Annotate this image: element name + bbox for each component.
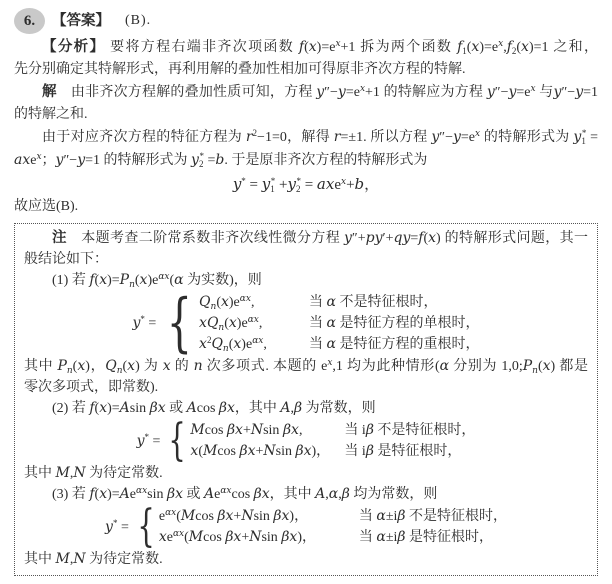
note-intro-line-1: 注 本题考查二阶常系数非齐次线性微分方程 y″+py′+qy=f(x) 的特解形… bbox=[24, 228, 588, 249]
case1-row2-condition: 当 α 是特征方程的单根时， bbox=[309, 313, 479, 334]
case2-row2-condition: 当 iβ 是特征根时， bbox=[344, 441, 461, 462]
solution-line-1: 解 由非齐次方程解的叠加性质可知，方程 y″−y=ex+1 的特解应为方程 y″… bbox=[14, 81, 598, 104]
case3-row: eαx(Mcos βx+Nsin βx)， 当 α±iβ 不是特征根时， bbox=[159, 506, 507, 527]
case3-row: xeαx(Mcos βx+Nsin βx)， 当 α±iβ 是特征根时， bbox=[159, 527, 507, 548]
note-intro-line-2: 般结论如下： bbox=[24, 249, 588, 270]
answer-value: (B). bbox=[125, 10, 151, 32]
analysis-line-1: 【分析】 要将方程右端非齐次项函数 f(x)=ex+1 拆为两个函数 f1(x)… bbox=[14, 36, 598, 59]
case2-lhs: y* = bbox=[137, 431, 161, 452]
case1-row3-condition: 当 α 是特征方程的重根时， bbox=[309, 334, 479, 355]
case2-heading: (2) 若 f(x)=Asin βx 或 Acos βx，其中 A,β 为常数，… bbox=[24, 398, 588, 419]
question-number-badge: 6. bbox=[14, 8, 45, 34]
case1-row3-formula: x2Qn(x)eαx, bbox=[199, 334, 309, 355]
case3-footer: 其中 M,N 为待定常数. bbox=[24, 549, 588, 570]
note-box: 注 本题考查二阶常系数非齐次线性微分方程 y″+py′+qy=f(x) 的特解形… bbox=[14, 223, 598, 576]
case1-row: xQn(x)eαx, 当 α 是特征方程的单根时， bbox=[199, 313, 479, 334]
case3-piecewise-formula: y* = { eαx(Mcos βx+Nsin βx)， 当 α±iβ 不是特征… bbox=[24, 506, 588, 548]
solution-line-4: axex；y″−y=1 的特解形式为 y2* =b. 于是原非齐次方程的特解形式… bbox=[14, 149, 598, 172]
case3-branches: eαx(Mcos βx+Nsin βx)， 当 α±iβ 不是特征根时， xeα… bbox=[159, 506, 507, 548]
case3-row1-formula: eαx(Mcos βx+Nsin βx)， bbox=[159, 506, 359, 527]
analysis-line-2: 先分别确定其特解形式，再利用解的叠加性相加可得原非齐次方程的特解. bbox=[14, 59, 598, 81]
case1-row: x2Qn(x)eαx, 当 α 是特征方程的重根时， bbox=[199, 334, 479, 355]
case1-lhs: y* = bbox=[132, 313, 156, 334]
case2-piecewise-formula: y* = { Mcos βx+Nsin βx, 当 iβ 不是特征根时， x(M… bbox=[24, 420, 588, 462]
case2-row2-formula: x(Mcos βx+Nsin βx)， bbox=[190, 441, 344, 462]
case1-row2-formula: xQn(x)eαx, bbox=[199, 313, 309, 334]
case2-row1-condition: 当 iβ 不是特征根时， bbox=[344, 420, 475, 441]
case3-row2-condition: 当 α±iβ 是特征根时， bbox=[359, 527, 493, 548]
case2-row: Mcos βx+Nsin βx, 当 iβ 不是特征根时， bbox=[190, 420, 475, 441]
question-number: 6. bbox=[24, 10, 35, 32]
math-solution-page: 6. 【答案】 (B). 【分析】 要将方程右端非齐次项函数 f(x)=ex+1… bbox=[0, 0, 612, 584]
solution-line-2: 的特解之和. bbox=[14, 104, 598, 126]
case3-heading: (3) 若 f(x)=Aeαxsin βx 或 Aeαxcos βx，其中 A,… bbox=[24, 484, 588, 505]
case1-footer-line-2: 零次多项式，即常数). bbox=[24, 377, 588, 398]
case2-footer: 其中 M,N 为待定常数. bbox=[24, 463, 588, 484]
display-formula: y* = y1* +y2* = axex+b， bbox=[14, 172, 598, 196]
curly-brace-icon: { bbox=[169, 420, 186, 462]
curly-brace-icon: { bbox=[167, 292, 192, 355]
case2-branches: Mcos βx+Nsin βx, 当 iβ 不是特征根时， x(Mcos βx+… bbox=[190, 420, 475, 462]
case1-branches: Qn(x)eαx, 当 α 不是特征根时， xQn(x)eαx, 当 α 是特征… bbox=[199, 292, 479, 355]
case2-row: x(Mcos βx+Nsin βx)， 当 iβ 是特征根时， bbox=[190, 441, 475, 462]
answer-label: 【答案】 bbox=[52, 10, 110, 32]
case2-row1-formula: Mcos βx+Nsin βx, bbox=[190, 420, 344, 441]
curly-brace-icon: { bbox=[137, 506, 154, 548]
case3-row2-formula: xeαx(Mcos βx+Nsin βx)， bbox=[159, 527, 359, 548]
case1-row: Qn(x)eαx, 当 α 不是特征根时， bbox=[199, 292, 479, 313]
case3-row1-condition: 当 α±iβ 不是特征根时， bbox=[359, 506, 507, 527]
case1-row1-condition: 当 α 不是特征根时， bbox=[309, 292, 437, 313]
case1-piecewise-formula: y* = { Qn(x)eαx, 当 α 不是特征根时， xQn(x)eαx, … bbox=[24, 292, 588, 355]
case1-heading: (1) 若 f(x)=Pn(x)eαx(α 为实数)，则 bbox=[24, 270, 588, 291]
case3-lhs: y* = bbox=[105, 517, 129, 538]
conclusion-line: 故应选(B). bbox=[14, 196, 598, 218]
case1-footer-line-1: 其中 Pn(x)，Qn(x) 为 x 的 n 次多项式. 本题的 ex,1 均为… bbox=[24, 356, 588, 377]
case1-row1-formula: Qn(x)eαx, bbox=[199, 292, 309, 313]
solution-line-3: 由于对应齐次方程的特征方程为 r2−1=0，解得 r=±1. 所以方程 y″−y… bbox=[14, 126, 598, 149]
answer-line: 6. 【答案】 (B). bbox=[14, 6, 598, 35]
